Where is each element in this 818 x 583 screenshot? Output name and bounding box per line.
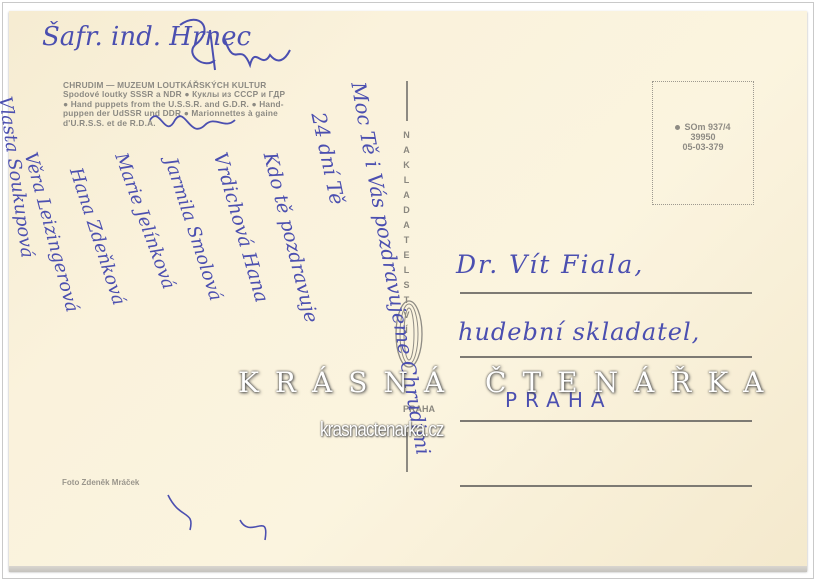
photo-credit: Foto Zdeněk Mráček (62, 478, 139, 487)
watermark-title: KRÁSNÁ ČTENÁŘKA (238, 366, 779, 399)
signature-scrawl-icon (0, 0, 818, 583)
watermark-url: krasnactenarka.cz (320, 419, 444, 442)
